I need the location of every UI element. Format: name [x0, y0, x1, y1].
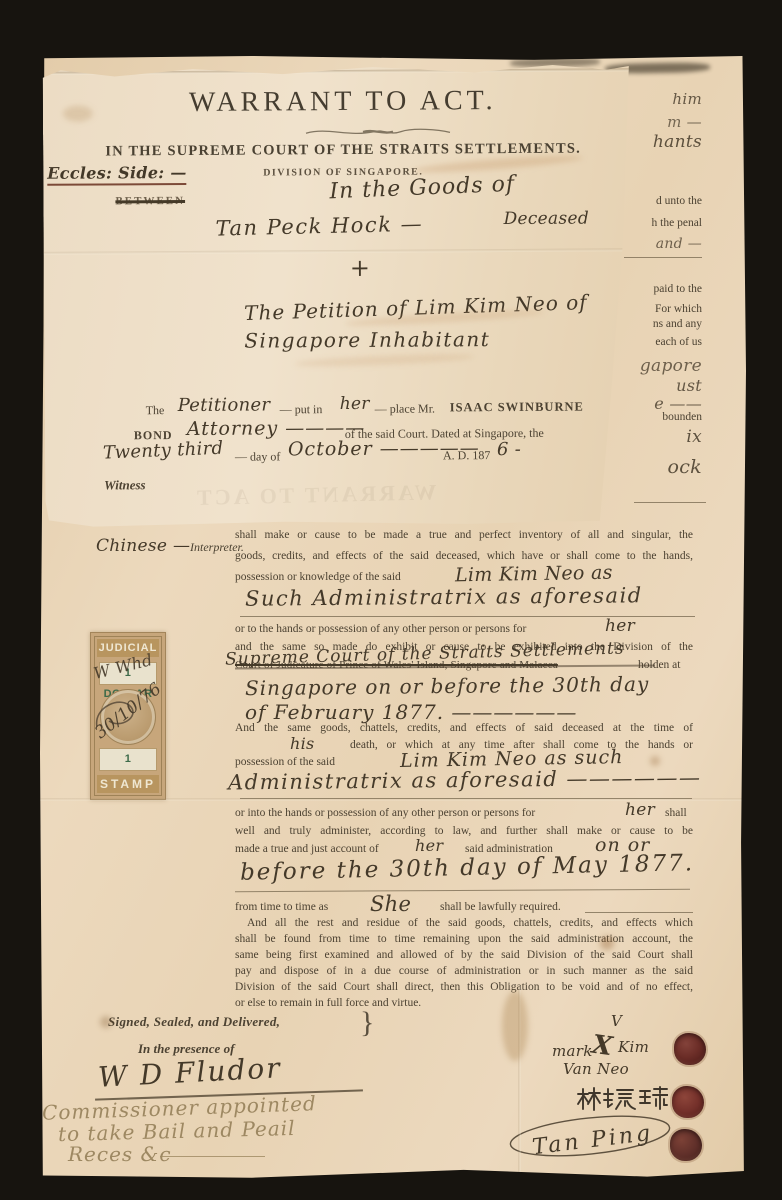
joiner-cross: + — [350, 254, 371, 282]
warrant-cover-page: WARRANT TO ACT. IN THE SUPREME COURT OF … — [43, 62, 646, 528]
form-day-of: — day of — [235, 449, 280, 464]
edge-fragment: and — — [656, 236, 702, 252]
divider — [585, 912, 693, 913]
from-time-label: from time to time as — [235, 901, 328, 913]
stain — [63, 106, 93, 122]
bond-paragraph6-line1: And all the rest and residue of the said… — [235, 917, 693, 929]
lawfully-required-label: shall be lawfully required. — [440, 901, 561, 913]
bond-paragraph6-line6: or else to remain in full force and virt… — [235, 997, 421, 1009]
divider — [235, 889, 690, 892]
brace-glyph: } — [360, 1006, 374, 1040]
judicial-stamp: JUDICIAL 1 DOLLAR 1 DOLLAR STAMP W Whd 3… — [90, 632, 166, 800]
form-the: The — [146, 403, 165, 418]
bond-paragraph6-line2: shall be found from time to time remaini… — [235, 933, 693, 945]
divider — [624, 257, 702, 258]
edge-fragment: hants — [653, 132, 702, 152]
commissioner-title-line3: Reces &c — [68, 1142, 172, 1166]
bond-paragraph3-line1: And the same goods, chattels, credits, a… — [235, 722, 693, 734]
handwritten-her: her — [605, 616, 635, 636]
bond-paragraph6-line4: pay and dispose of in a due course of ad… — [235, 965, 693, 977]
edge-fragment: bounden — [662, 411, 702, 423]
handwritten-may-date: before the 30th day of May 1877. — [240, 850, 694, 886]
handwritten-february: of February 1877. —————— — [245, 700, 577, 724]
margin-note-eccles-side: Eccles: Side: — — [47, 163, 187, 186]
bleedthrough-title: WARRANT TO ACT — [135, 478, 496, 512]
between-label-struck: BETWEEN — [115, 195, 185, 207]
check-mark: V — [611, 1012, 622, 1030]
edge-fragment: m — — [667, 113, 702, 131]
edge-fragment: h the penal — [652, 217, 702, 229]
edge-fragment: For which — [655, 303, 702, 315]
bond-paragraph1-line1: shall make or cause to be made a true an… — [235, 529, 693, 541]
edge-fragment: ns and any — [653, 318, 702, 330]
divider — [634, 502, 706, 503]
bond-paragraph6-line3: same being first examined and allowed of… — [235, 949, 693, 961]
edge-fragment: gapore — [640, 356, 702, 376]
stain — [502, 991, 528, 1061]
edge-fragment: d unto the — [656, 195, 702, 207]
wax-seal-2 — [672, 1086, 704, 1118]
form-place-mr: — place Mr. — [375, 401, 435, 416]
stain — [600, 936, 614, 950]
commissioner-signature: W D Fludor — [97, 1051, 282, 1094]
edge-fragment: each of us — [655, 336, 702, 348]
petition-line2: Singapore Inhabitant — [244, 327, 490, 353]
shall-label: shall — [665, 807, 687, 819]
wax-seal-1 — [674, 1033, 706, 1065]
deceased-name: Tan Peck Hock — — [215, 212, 423, 241]
handwritten-her2: her — [625, 800, 655, 820]
deceased-word: Deceased — [503, 209, 589, 230]
edge-fragment: him — [672, 90, 702, 108]
handwritten-his: his — [290, 734, 315, 753]
fold-crease — [44, 248, 644, 255]
stamp-stamp-band: STAMP — [97, 775, 159, 793]
edge-fragment: ust — [676, 376, 702, 395]
handwritten-she: She — [370, 892, 411, 916]
handwritten-administratrix: Such Administratrix as aforesaid — [245, 583, 643, 610]
form-put-in: — put in — [280, 402, 323, 417]
mark-name-part1: Kim — [618, 1038, 649, 1056]
stamp-cancellation-loop — [91, 677, 165, 737]
form-attorney-hand: Attorney ———— — [187, 417, 366, 440]
edge-fragment: ock — [668, 456, 703, 478]
bond-paragraph3-line3: possession of the said — [235, 756, 335, 768]
bond-paragraph1-line2: goods, credits, and effects of the said … — [235, 550, 693, 562]
photograph-background: him m — hants d unto the h the penal and… — [0, 0, 782, 1200]
stain — [100, 1016, 112, 1028]
bond-paragraph4-line3: made a true and just account of — [235, 843, 379, 855]
form-year-hand: 6 - — [497, 439, 521, 460]
handwritten-name: Lim Kim Neo as — [455, 562, 613, 587]
mark-word: mark — [552, 1042, 593, 1060]
bond-paragraph2-line1: or to the hands or possession of any oth… — [235, 623, 526, 635]
bond-paragraph1-line3: possession or knowledge of the said — [235, 571, 401, 583]
form-ad: A. D. 187 — [443, 448, 490, 463]
attorney-name: ISAAC SWINBURNE — [450, 400, 584, 416]
divider — [160, 1156, 265, 1157]
handwritten-singapore-date: Singapore on or before the 30th day — [245, 672, 649, 700]
cover-title: WARRANT TO ACT. — [43, 84, 643, 120]
bond-paragraph4-line1: or into the hands or possession of any o… — [235, 807, 535, 819]
x-mark: X — [590, 1030, 614, 1063]
form-her-hand: her — [340, 394, 370, 414]
form-petitioner-hand: Petitioner — [178, 394, 271, 416]
handwritten-administratrix2: Administratrix as aforesaid —————— — [228, 766, 702, 795]
interpreter-hand-note: Chinese — — [96, 536, 190, 556]
mark-name-part2: Van Neo — [563, 1060, 629, 1078]
form-day-hand: Twenty third — [103, 438, 224, 464]
edge-fragment: ix — [686, 427, 702, 447]
handwritten-her3: her — [415, 836, 443, 855]
edge-fragment: paid to the — [653, 283, 702, 295]
ink-bleed — [294, 352, 474, 368]
chinese-signature — [576, 1086, 668, 1112]
flourish-divider — [303, 125, 453, 138]
stain — [650, 756, 660, 766]
wax-seal-3 — [670, 1129, 702, 1161]
bond-paragraph6-line5: Division of the said Court shall direct,… — [235, 981, 693, 993]
paper-crease — [40, 798, 746, 801]
signed-sealed-label: Signed, Sealed, and Delivered, — [108, 1014, 280, 1030]
stamp-value-bottom: 1 DOLLAR — [99, 748, 157, 771]
